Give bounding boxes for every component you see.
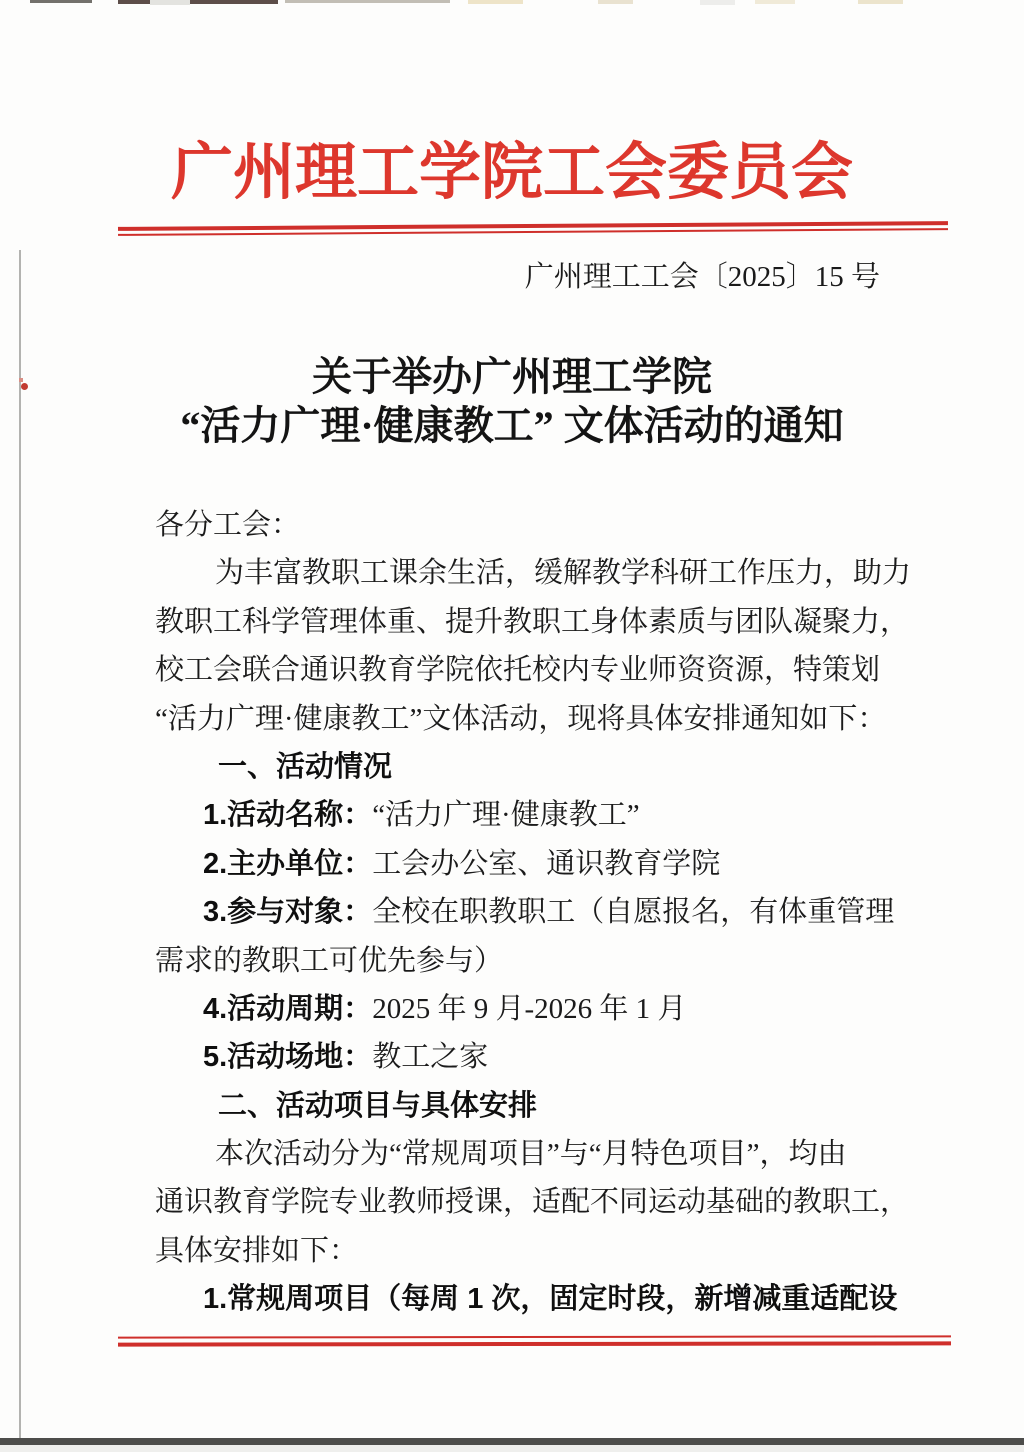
body-line: 1.常规周项目（每周 1 次，固定时段，新增减重适配设: [155, 1275, 934, 1323]
scan-mark: [598, 0, 633, 4]
scan-bottom-margin: [0, 1445, 1024, 1452]
header-rule: [118, 221, 948, 236]
body-text: 工会办公室、通识教育学院: [372, 848, 720, 880]
scan-mark: [30, 0, 92, 3]
body-text-bold: 二、活动项目与具体安排: [218, 1090, 537, 1122]
scan-mark: [150, 0, 190, 5]
body-line: 教职工科学管理体重、提升教职工身体素质与团队凝聚力，: [155, 598, 934, 646]
body-line: 校工会联合通识教育学院依托校内专业师资资源，特策划: [155, 646, 934, 694]
body-line: 1.活动名称：“活力广理·健康教工”: [155, 791, 934, 839]
body-text: 各分工会：: [155, 509, 300, 541]
body-line: 5.活动场地：教工之家: [155, 1033, 934, 1081]
body-line: 各分工会：: [155, 501, 934, 549]
body-text: “活力广理·健康教工”: [372, 799, 639, 831]
footer-rule: [118, 1335, 951, 1346]
body-text: 2025 年 9 月-2026 年 1 月: [372, 993, 686, 1025]
body-text: 全校在职教职工（自愿报名，有体重管理: [372, 896, 894, 928]
body-line: 3.参与对象：全校在职教职工（自愿报名，有体重管理: [155, 888, 934, 936]
body-line: “活力广理·健康教工”文体活动，现将具体安排通知如下：: [155, 695, 934, 743]
body-text-bold: 一、活动情况: [218, 751, 392, 783]
scan-mark: [118, 0, 278, 4]
body-text: 教工之家: [372, 1041, 488, 1073]
body-text: 本次活动分为“常规周项目”与“月特色项目”，均由: [215, 1138, 847, 1170]
body-line: 2.主办单位：工会办公室、通识教育学院: [155, 840, 934, 888]
scan-mark: [468, 0, 523, 4]
body-text: 教职工科学管理体重、提升教职工身体素质与团队凝聚力，: [155, 606, 909, 638]
scan-mark: [700, 0, 735, 5]
body-line: 一、活动情况: [155, 743, 934, 791]
body-line: 二、活动项目与具体安排: [155, 1082, 934, 1130]
org-title: 广州理工学院工会委员会: [0, 138, 1024, 208]
body-text: 通识教育学院专业教师授课，适配不同运动基础的教职工，: [155, 1186, 909, 1218]
body-text: 具体安排如下：: [155, 1235, 358, 1267]
doc-number: 广州理工工会〔2025〕15 号: [0, 260, 880, 294]
body-line: 本次活动分为“常规周项目”与“月特色项目”，均由: [155, 1130, 934, 1178]
body-text-bold: 1.常规周项目（每周 1 次，固定时段，新增减重适配设: [203, 1283, 897, 1315]
document-page: 广州理工学院工会委员会 广州理工工会〔2025〕15 号 关于举办广州理工学院 …: [0, 0, 1024, 1452]
scan-mark: [285, 0, 450, 3]
notice-title-line1: 关于举办广州理工学院: [0, 352, 1024, 401]
body-text-bold: 4.活动周期：: [203, 993, 372, 1025]
body-text: “活力广理·健康教工”文体活动，现将具体安排通知如下：: [155, 703, 886, 735]
notice-title-line2: “活力广理·健康教工” 文体活动的通知: [0, 401, 1024, 450]
scan-mark: [858, 0, 903, 4]
body-line: 通识教育学院专业教师授课，适配不同运动基础的教职工，: [155, 1178, 934, 1226]
body-text: 需求的教职工可优先参与）: [155, 945, 503, 977]
body-text-bold: 2.主办单位：: [203, 848, 372, 880]
body-line: 需求的教职工可优先参与）: [155, 937, 934, 985]
notice-body: 各分工会：为丰富教职工课余生活，缓解教学科研工作压力，助力教职工科学管理体重、提…: [155, 501, 934, 1324]
body-line: 为丰富教职工课余生活，缓解教学科研工作压力，助力: [155, 549, 934, 597]
notice-title: 关于举办广州理工学院 “活力广理·健康教工” 文体活动的通知: [0, 352, 1024, 450]
body-text-bold: 1.活动名称：: [203, 799, 372, 831]
body-line: 4.活动周期：2025 年 9 月-2026 年 1 月: [155, 985, 934, 1033]
body-text: 为丰富教职工课余生活，缓解教学科研工作压力，助力: [215, 557, 911, 589]
scan-bottom-edge: [0, 1438, 1024, 1445]
body-line: 具体安排如下：: [155, 1227, 934, 1275]
body-text-bold: 3.参与对象：: [203, 896, 372, 928]
body-text: 校工会联合通识教育学院依托校内专业师资资源，特策划: [155, 654, 880, 686]
scan-mark: [755, 0, 795, 4]
body-text-bold: 5.活动场地：: [203, 1041, 372, 1073]
